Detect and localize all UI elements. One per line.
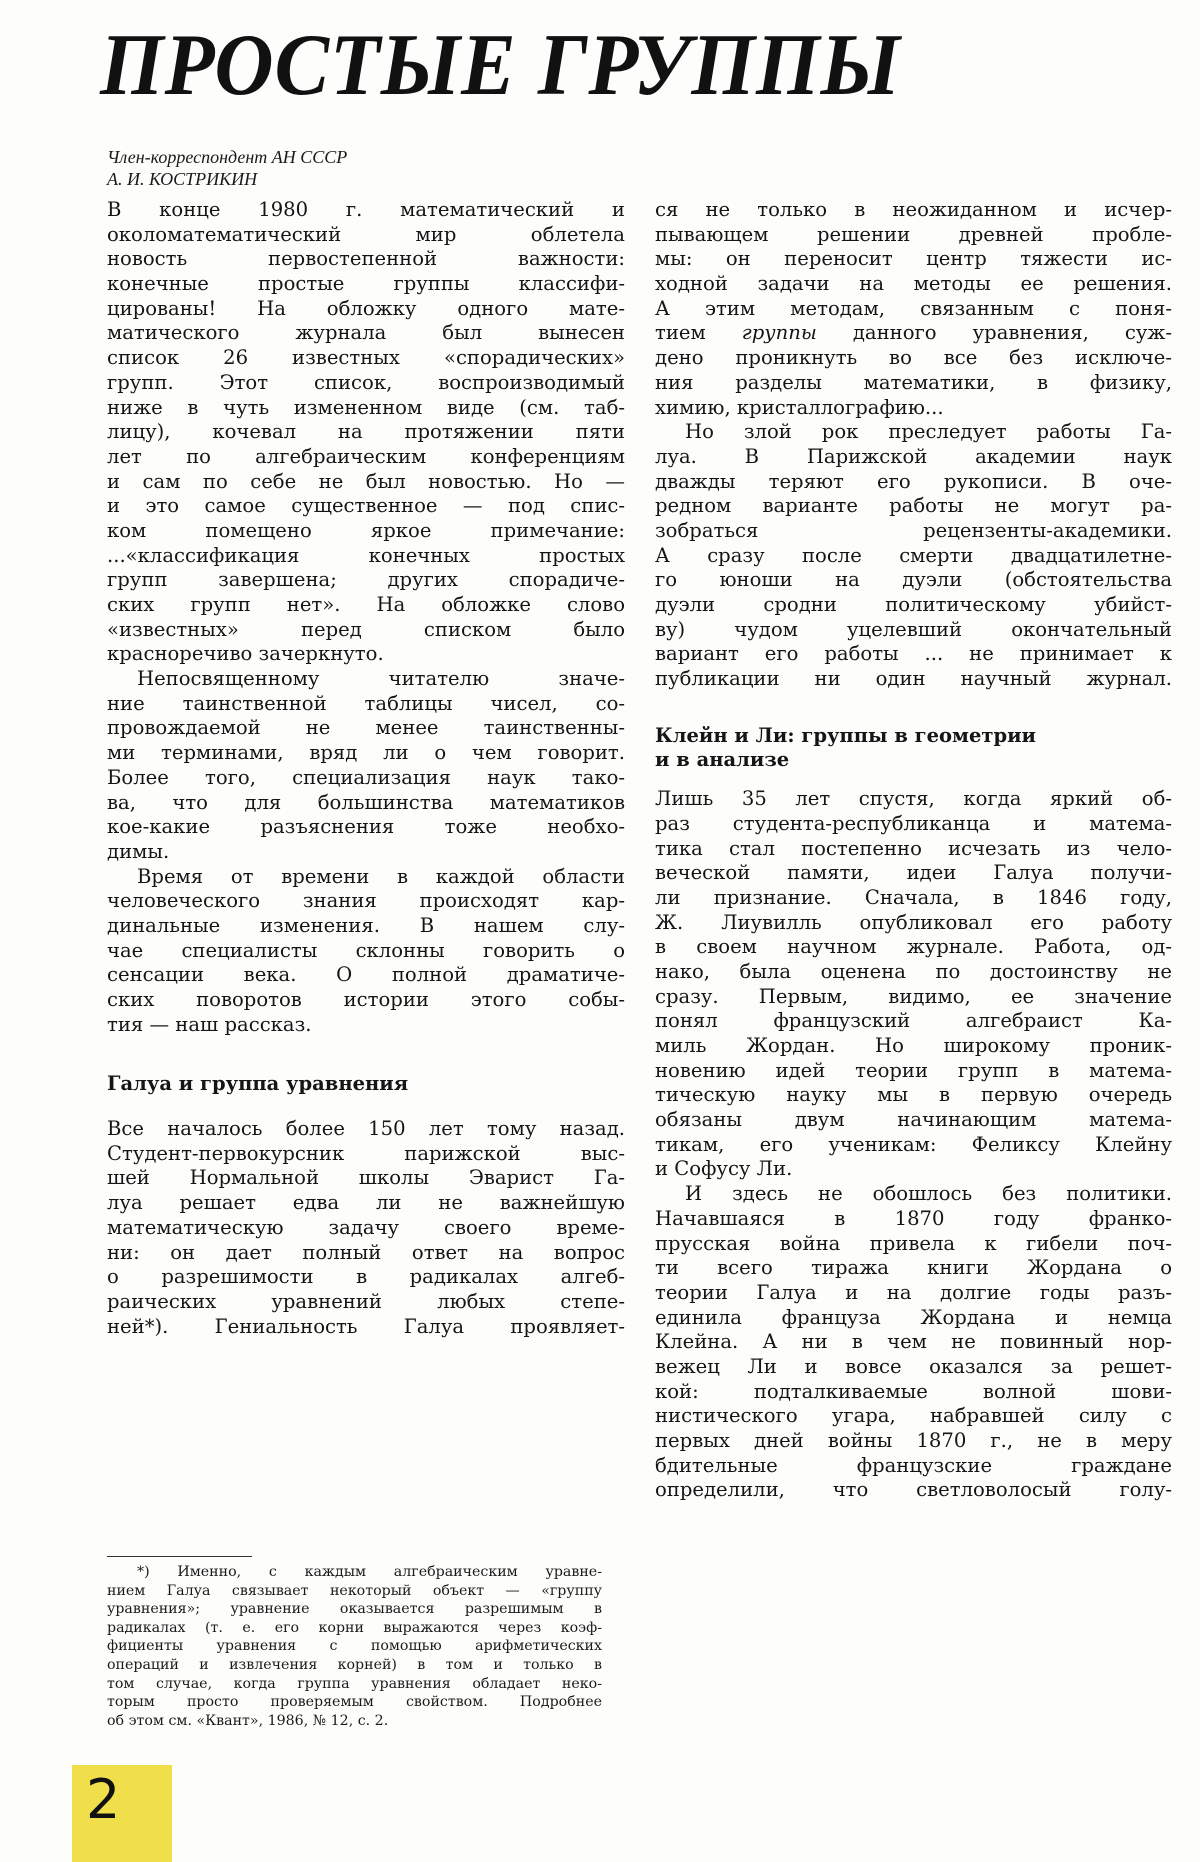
text-line: Ж. Лиувилль опубликовал его работу <box>655 911 1172 936</box>
text-line: ни: он дает полный ответ на вопрос <box>107 1241 625 1266</box>
text-line: Более того, специализация наук тако- <box>107 766 625 791</box>
text-line: список 26 известных «спорадических» <box>107 346 625 371</box>
text-line: Непосвященному читателю значе- <box>107 667 625 692</box>
text-line: динальные изменения. В нашем слу- <box>107 914 625 939</box>
text-line: ми терминами, вряд ли о чем говорит. <box>107 741 625 766</box>
author-name: А. И. КОСТРИКИН <box>107 168 347 190</box>
text-line: обязаны двум начинающим матема- <box>655 1108 1172 1133</box>
text-line: редном варианте работы не могут ра- <box>655 494 1172 519</box>
text-line: ниже в чуть измененном виде (см. таб- <box>107 396 625 421</box>
text-line: зобраться рецензенты-академики. <box>655 519 1172 544</box>
text-line: тическую науку мы в первую очередь <box>655 1083 1172 1108</box>
text-line: первых дней войны 1870 г., не в меру <box>655 1429 1172 1454</box>
text-line: вежец Ли и вовсе оказался за решет- <box>655 1355 1172 1380</box>
paragraph: Время от времени в каждой области челове… <box>107 865 625 1038</box>
text-line: димы. <box>107 840 625 865</box>
text-line: пывающем решении древней пробле- <box>655 223 1172 248</box>
text-line: лицу), кочевал на протяжении пяти <box>107 420 625 445</box>
section-heading-line: и в анализе <box>655 748 1172 773</box>
text-line: ва, что для большинства математиков <box>107 791 625 816</box>
text-line: раических уравнений любых степе- <box>107 1290 625 1315</box>
text-line: тикам, его ученикам: Феликсу Клейну <box>655 1133 1172 1158</box>
text-line: ...«классификация конечных простых <box>107 544 625 569</box>
text-line: ся не только в неожиданном и исчер- <box>655 198 1172 223</box>
text-line: лет по алгебраическим конференциям <box>107 445 625 470</box>
page-number-badge: 2 <box>72 1765 172 1862</box>
text-line: ния разделы математики, в физику, <box>655 371 1172 396</box>
text-line: ходной задачи на методы ее решения. <box>655 272 1172 297</box>
intro-paragraph: В конце 1980 г. математический и околома… <box>107 198 625 667</box>
text-line: ли признание. Сначала, в 1846 году, <box>655 886 1172 911</box>
paragraph: Все началось более 150 лет тому назад. С… <box>107 1117 625 1339</box>
text-line: понял французский алгебраист Ка- <box>655 1009 1172 1034</box>
text-line: ских поворотов истории этого собы- <box>107 988 625 1013</box>
text-line: публикации ни один научный журнал. <box>655 667 1172 692</box>
text-line: Начавшаяся в 1870 году франко- <box>655 1207 1172 1232</box>
footnote-line: радикалах (т. е. его корни выражаются че… <box>107 1619 602 1638</box>
text-line: и это самое существенное — под спис- <box>107 494 625 519</box>
text-line: миль Жордан. Но широкому проник- <box>655 1034 1172 1059</box>
text-line: и сам по себе не был новостью. Но — <box>107 470 625 495</box>
text-line: В конце 1980 г. математический и <box>107 198 625 223</box>
text-line: сразу. Первым, видимо, ее значение <box>655 985 1172 1010</box>
text-line: И здесь не обошлось без политики. <box>655 1182 1172 1207</box>
page-number: 2 <box>86 1773 120 1827</box>
footnote-line: фициенты уравнения с помощью арифметичес… <box>107 1637 602 1656</box>
text-line: тика стал постепенно исчезать из чело- <box>655 837 1172 862</box>
article-title: ПРОСТЫЕ ГРУППЫ <box>100 22 901 110</box>
text-line: дважды теряют его рукописи. В оче- <box>655 470 1172 495</box>
footnote-line: *) Именно, с каждым алгебраическим уравн… <box>107 1563 602 1582</box>
footnote-line: торым просто проверяемым свойством. Подр… <box>107 1693 602 1712</box>
text-line: кой: подталкиваемые волной шови- <box>655 1380 1172 1405</box>
text-segment: тием <box>655 321 742 344</box>
text-line: тия — наш рассказ. <box>107 1013 625 1038</box>
text-line: кое-какие разъяснения тоже необхо- <box>107 815 625 840</box>
text-line: нистического угара, набравшей силу с <box>655 1404 1172 1429</box>
text-line: луа. В Парижской академии наук <box>655 445 1172 470</box>
text-line: Студент-первокурсник парижской выс- <box>107 1142 625 1167</box>
text-line: Клейна. А ни в чем не повинный нор- <box>655 1330 1172 1355</box>
text-line: групп завершена; других спорадиче- <box>107 568 625 593</box>
paragraph: И здесь не обошлось без политики. Начавш… <box>655 1182 1172 1503</box>
text-line: нако, была оценена по достоинству не <box>655 960 1172 985</box>
text-line: ти всего тиража книги Жордана о <box>655 1256 1172 1281</box>
text-line: Все началось более 150 лет тому назад. <box>107 1117 625 1142</box>
section-heading: Клейн и Ли: группы в геометрии и в анали… <box>655 724 1172 773</box>
byline: Член-корреспондент АН СССР А. И. КОСТРИК… <box>107 146 347 190</box>
text-line: ние таинственной таблицы чисел, со- <box>107 692 625 717</box>
text-line: новость первостепенной важности: <box>107 247 625 272</box>
text-line: раз студента-республиканца и матема- <box>655 812 1172 837</box>
text-line: провождаемой не менее таинственны- <box>107 716 625 741</box>
text-line: Время от времени в каждой области <box>107 865 625 890</box>
text-line: чае специалисты склонны говорить о <box>107 939 625 964</box>
text-line: теории Галуа и на долгие годы разъ- <box>655 1281 1172 1306</box>
text-line: и Софусу Ли. <box>655 1157 1172 1182</box>
text-line: о разрешимости в радикалах алгеб- <box>107 1265 625 1290</box>
footnote-divider <box>107 1556 252 1557</box>
text-line: матического журнала был вынесен <box>107 321 625 346</box>
text-line: шей Нормальной школы Эварист Га- <box>107 1166 625 1191</box>
text-segment: данного уравнения, суж- <box>817 321 1172 344</box>
paragraph: ся не только в неожиданном и исчер- пыва… <box>655 198 1172 420</box>
text-line: ком помещено яркое примечание: <box>107 519 625 544</box>
text-line: дуэли сродни политическому убийст- <box>655 593 1172 618</box>
text-line: химию, кристаллографию... <box>655 396 1172 421</box>
text-line: ских групп нет». На обложке слово <box>107 593 625 618</box>
text-line: го юноши на дуэли (обстоятельства <box>655 568 1172 593</box>
text-line: Но злой рок преследует работы Га- <box>655 420 1172 445</box>
footnote-line: том случае, когда группа уравнения облад… <box>107 1675 602 1694</box>
text-line: единила француза Жордана и немца <box>655 1306 1172 1331</box>
text-line: ней*). Гениальность Галуа проявляет- <box>107 1315 625 1340</box>
left-column: В конце 1980 г. математический и околома… <box>107 198 625 1339</box>
text-line: бдительные французские граждане <box>655 1454 1172 1479</box>
footnote-line: об этом см. «Квант», 1986, № 12, с. 2. <box>107 1712 602 1731</box>
text-line: сенсации века. О полной драматиче- <box>107 963 625 988</box>
text-line: человеческого знания происходят кар- <box>107 889 625 914</box>
text-line: вариант его работы ... не принимает к <box>655 642 1172 667</box>
text-line: красноречиво зачеркнуто. <box>107 642 625 667</box>
emphasized-term: группы <box>742 321 817 344</box>
footnote-line: уравнения»; уравнение оказывается разреш… <box>107 1600 602 1619</box>
text-line: Лишь 35 лет спустя, когда яркий об- <box>655 787 1172 812</box>
text-line: дено проникнуть во все без исключе- <box>655 346 1172 371</box>
text-line: ву) чудом уцелевший окончательный <box>655 618 1172 643</box>
section-heading: Галуа и группа уравнения <box>107 1072 625 1097</box>
text-line: в своем научном журнале. Работа, од- <box>655 935 1172 960</box>
text-line: прусская война привела к гибели поч- <box>655 1232 1172 1257</box>
section-heading-line: Клейн и Ли: группы в геометрии <box>655 724 1172 749</box>
paragraph: Лишь 35 лет спустя, когда яркий об- раз … <box>655 787 1172 1182</box>
right-column: ся не только в неожиданном и исчер- пыва… <box>655 198 1172 1503</box>
text-line: А сразу после смерти двадцатилетне- <box>655 544 1172 569</box>
text-line: определили, что светловолосый голу- <box>655 1478 1172 1503</box>
text-line: цированы! На обложку одного мате- <box>107 297 625 322</box>
footnote-line: нием Галуа связывает некоторый объект — … <box>107 1582 602 1601</box>
text-line: веческой памяти, идеи Галуа получи- <box>655 861 1172 886</box>
text-line: конечные простые группы классифи- <box>107 272 625 297</box>
text-line: околоматематический мир облетела <box>107 223 625 248</box>
paragraph: Непосвященному читателю значе- ние таинс… <box>107 667 625 865</box>
text-line: «известных» перед списком было <box>107 618 625 643</box>
text-line: луа решает едва ли не важнейшую <box>107 1191 625 1216</box>
paragraph: Но злой рок преследует работы Га- луа. В… <box>655 420 1172 692</box>
footnote-line: операций и извлечения корней) в том и то… <box>107 1656 602 1675</box>
text-line: групп. Этот список, воспроизводимый <box>107 371 625 396</box>
footnote: *) Именно, с каждым алгебраическим уравн… <box>107 1563 602 1730</box>
text-line: математическую задачу своего време- <box>107 1216 625 1241</box>
text-line-with-emphasis: тием группы данного уравнения, суж- <box>655 321 1172 346</box>
author-role: Член-корреспондент АН СССР <box>107 146 347 168</box>
text-line: А этим методам, связанным с поня- <box>655 297 1172 322</box>
text-line: мы: он переносит центр тяжести ис- <box>655 247 1172 272</box>
text-line: новению идей теории групп в матема- <box>655 1059 1172 1084</box>
